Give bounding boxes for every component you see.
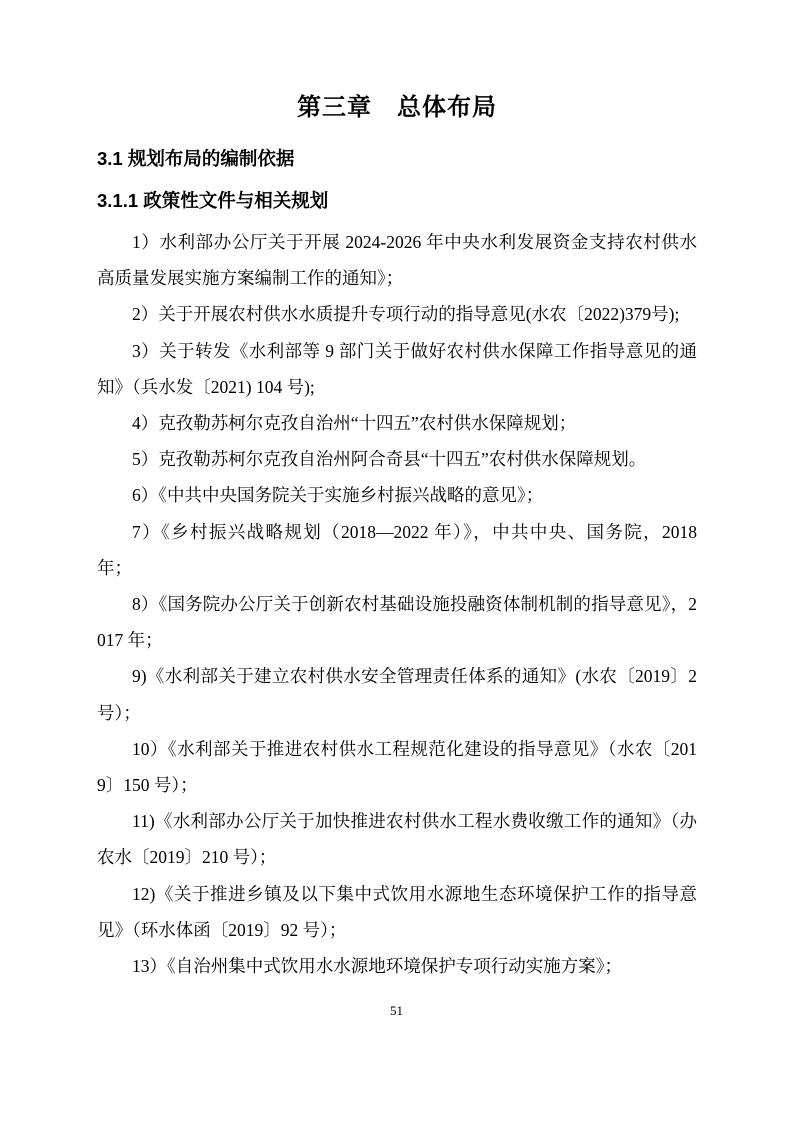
list-item: 8）《国务院办公厅关于创新农村基础设施投融资体制机制的指导意见》，2017 年； [97,586,697,658]
document-page: 第三章 总体布局 3.1 规划布局的编制依据 3.1.1 政策性文件与相关规划 … [0,0,793,1122]
reference-list: 1）水利部办公厅关于开展 2024-2026 年中央水利发展资金支持农村供水高质… [97,224,697,984]
list-item: 1）水利部办公厅关于开展 2024-2026 年中央水利发展资金支持农村供水高质… [97,224,697,296]
page-content: 第三章 总体布局 3.1 规划布局的编制依据 3.1.1 政策性文件与相关规划 … [97,0,697,984]
list-item: 4）克孜勒苏柯尔克孜自治州“十四五”农村供水保障规划； [97,405,697,441]
list-item: 6）《中共中央国务院关于实施乡村振兴战略的意见》； [97,477,697,513]
list-item: 11)《水利部办公厅关于加快推进农村供水工程水费收缴工作的通知》（办农水〔201… [97,803,697,875]
list-item: 3）关于转发《水利部等 9 部门关于做好农村供水保障工作指导意见的通知》（兵水发… [97,333,697,405]
list-item: 5）克孜勒苏柯尔克孜自治州阿合奇县“十四五”农村供水保障规划。 [97,441,697,477]
page-number: 51 [0,1003,793,1019]
list-item: 10）《水利部关于推进农村供水工程规范化建设的指导意见》（水农〔2019〕150… [97,731,697,803]
section-heading-3-1: 3.1 规划布局的编制依据 [97,148,697,170]
list-item: 13）《自治州集中式饮用水水源地环境保护专项行动实施方案》； [97,948,697,984]
section-heading-3-1-1: 3.1.1 政策性文件与相关规划 [97,190,697,212]
list-item: 12)《关于推进乡镇及以下集中式饮用水源地生态环境保护工作的指导意见》（环水体函… [97,876,697,948]
list-item: 2）关于开展农村供水水质提升专项行动的指导意见(水农〔2022)379号); [97,296,697,332]
list-item: 9)《水利部关于建立农村供水安全管理责任体系的通知》(水农〔2019〕2 号）； [97,658,697,730]
chapter-title: 第三章 总体布局 [97,0,697,124]
list-item: 7）《乡村振兴战略规划（2018—2022 年）》，中共中央、国务院，2018 … [97,514,697,586]
